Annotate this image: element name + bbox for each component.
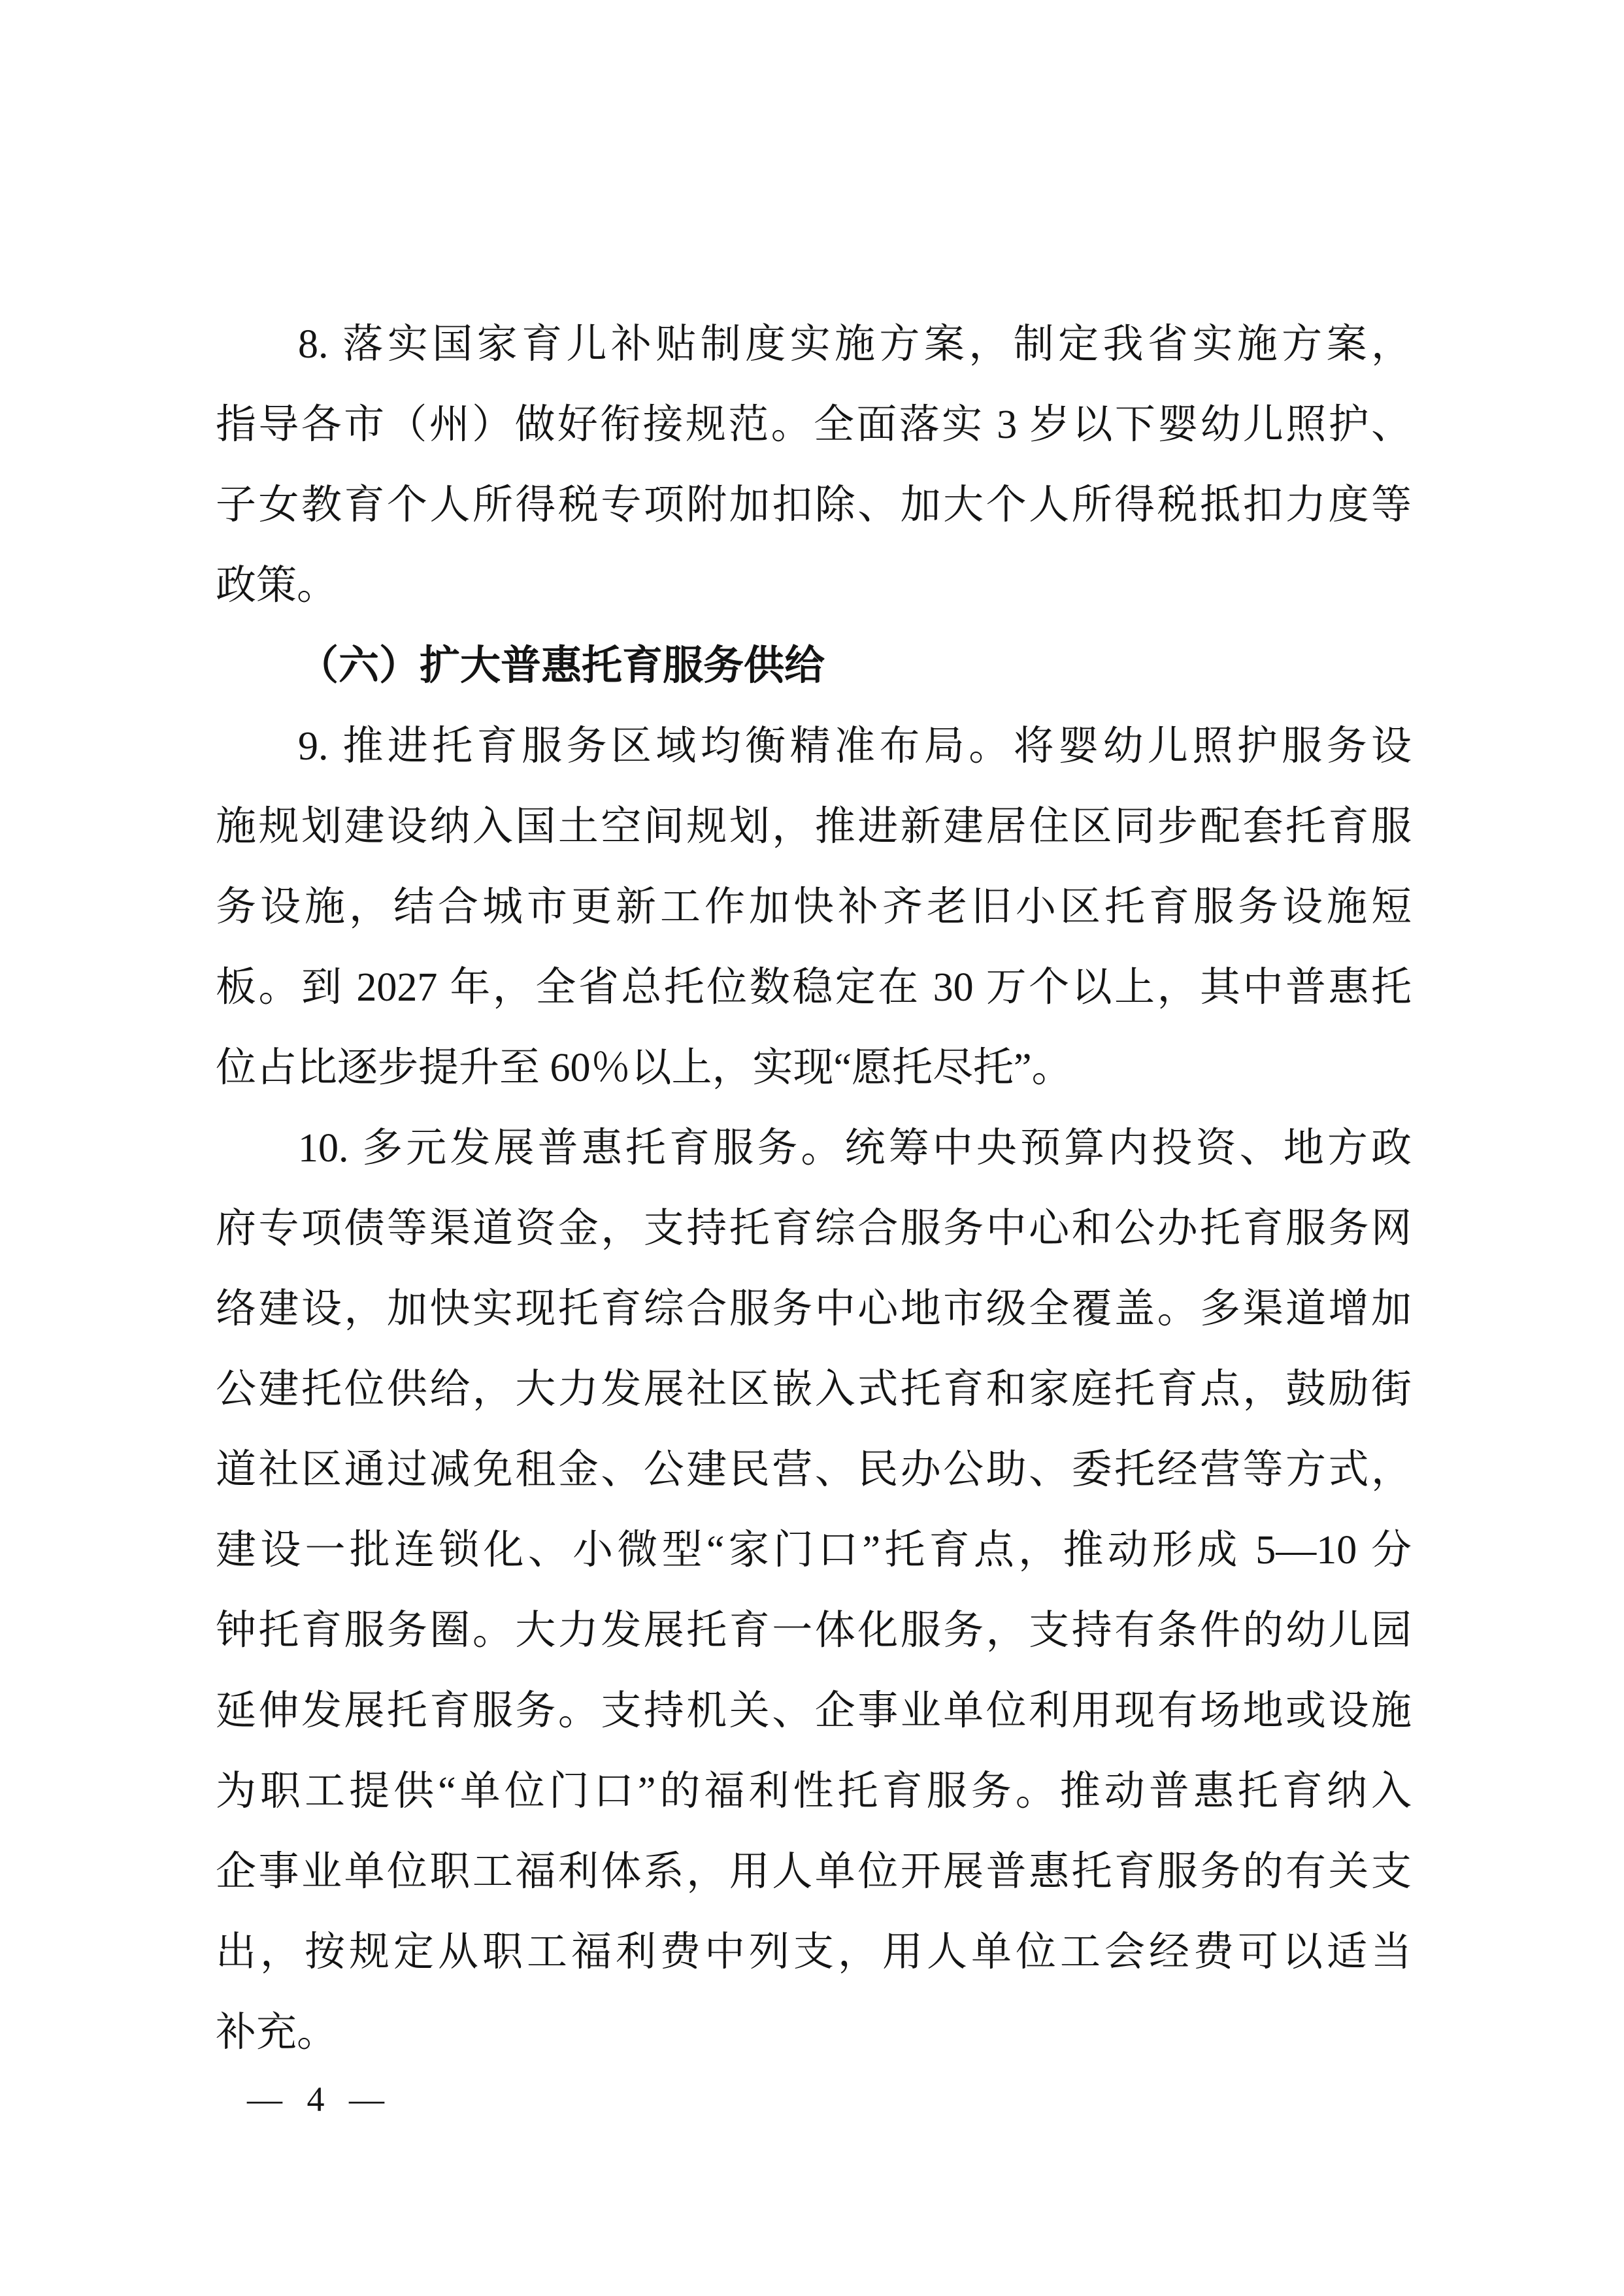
section-heading: （六）扩大普惠托育服务供给 <box>216 626 1412 707</box>
body-line: 公建托位供给，大力发展社区嵌入式托育和家庭托育点，鼓励街 <box>216 1350 1412 1430</box>
body-line: 位占比逐步提升至 60％以上，实现“愿托尽托”。 <box>216 1028 1412 1108</box>
body-line: 指导各市（州）做好衔接规范。全面落实 3 岁以下婴幼儿照护、 <box>216 385 1412 465</box>
body-line: 钟托育服务圈。大力发展托育一体化服务，支持有条件的幼儿园 <box>216 1591 1412 1671</box>
body-line: 板。到 2027 年，全省总托位数稳定在 30 万个以上，其中普惠托 <box>216 948 1412 1028</box>
document-page: 8. 落实国家育儿补贴制度实施方案，制定我省实施方案， 指导各市（州）做好衔接规… <box>0 0 1624 2296</box>
body-line: 为职工提供“单位门口”的福利性托育服务。推动普惠托育纳入 <box>216 1752 1412 1832</box>
body-line: 施规划建设纳入国土空间规划，推进新建居住区同步配套托育服 <box>216 787 1412 867</box>
document-body: 8. 落实国家育儿补贴制度实施方案，制定我省实施方案， 指导各市（州）做好衔接规… <box>216 305 1412 2073</box>
body-line: 9. 推进托育服务区域均衡精准布局。将婴幼儿照护服务设 <box>216 707 1412 787</box>
body-line: 道社区通过减免租金、公建民营、民办公助、委托经营等方式， <box>216 1430 1412 1510</box>
body-line: 延伸发展托育服务。支持机关、企事业单位利用现有场地或设施 <box>216 1671 1412 1752</box>
body-line: 8. 落实国家育儿补贴制度实施方案，制定我省实施方案， <box>216 305 1412 385</box>
body-line: 府专项债等渠道资金，支持托育综合服务中心和公办托育服务网 <box>216 1189 1412 1269</box>
body-line: 务设施，结合城市更新工作加快补齐老旧小区托育服务设施短 <box>216 867 1412 948</box>
body-line: 补充。 <box>216 1993 1412 2073</box>
body-line: 子女教育个人所得税专项附加扣除、加大个人所得税抵扣力度等 <box>216 465 1412 546</box>
body-line: 10. 多元发展普惠托育服务。统筹中央预算内投资、地方政 <box>216 1108 1412 1189</box>
body-line: 建设一批连锁化、小微型“家门口”托育点，推动形成 5—10 分 <box>216 1510 1412 1591</box>
body-line: 政策。 <box>216 546 1412 626</box>
page-number: — 4 — <box>247 2080 392 2119</box>
body-line: 出，按规定从职工福利费中列支，用人单位工会经费可以适当 <box>216 1912 1412 1993</box>
body-line: 络建设，加快实现托育综合服务中心地市级全覆盖。多渠道增加 <box>216 1269 1412 1350</box>
body-line: 企事业单位职工福利体系，用人单位开展普惠托育服务的有关支 <box>216 1832 1412 1912</box>
